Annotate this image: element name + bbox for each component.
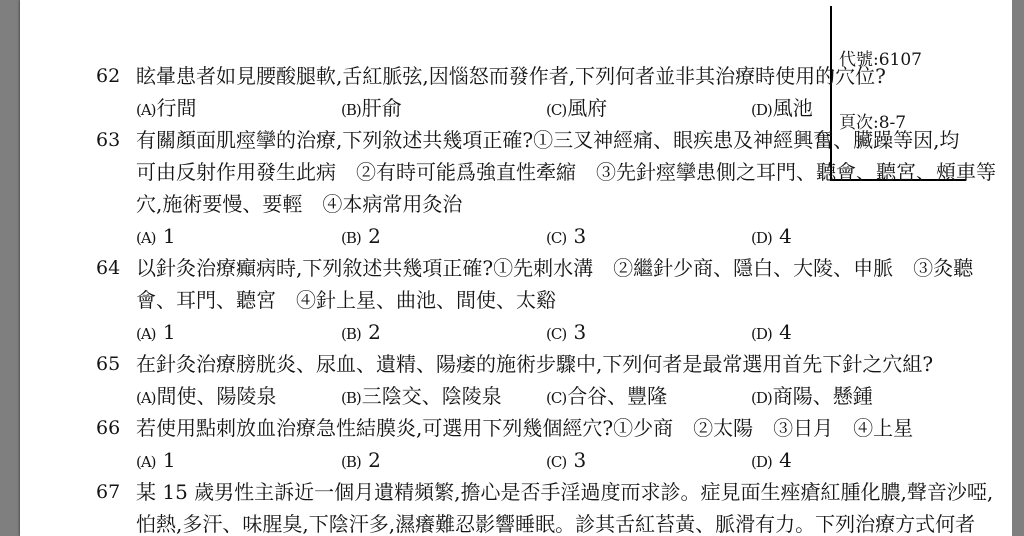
- question-list: 62 眩暈患者如見腰酸腿軟,舌紅脈弦,因惱怒而發作者,下列何者並非其治療時使用的…: [20, 60, 1012, 536]
- option-d: (D) 4: [751, 444, 792, 476]
- option-a: (A)行間: [136, 92, 341, 124]
- option-text: 風府: [567, 96, 607, 120]
- option-a: (A) 1: [136, 220, 341, 252]
- viewer-scroll-gutter[interactable]: [1012, 0, 1024, 536]
- question-number: 65: [96, 348, 120, 380]
- option-text: 2: [362, 320, 381, 344]
- question-text-line: 某 15 歲男性主訴近一個月遺精頻繁,擔心是否手淫過度而求診。症見面生痤瘡紅腫化…: [136, 476, 1012, 508]
- option-text: 行間: [157, 96, 197, 120]
- question-text-line: 怕熱,多汗、味腥臭,下陰汗多,濕癢難忍影響睡眠。診其舌紅苔黃、脈滑有力。下列治療…: [136, 508, 1012, 536]
- option-b: (B)三陰交、陰陵泉: [341, 380, 546, 412]
- question-number: 67: [96, 476, 120, 508]
- question-66: 66 若使用點刺放血治療急性結膜炎,可選用下列幾個經穴?①少商 ②太陽 ③日月 …: [20, 412, 1012, 476]
- option-a: (A) 1: [136, 316, 341, 348]
- question-number: 64: [96, 252, 120, 284]
- exam-document-page: 代號:6107 頁次:8-7 62 眩暈患者如見腰酸腿軟,舌紅脈弦,因惱怒而發作…: [20, 0, 1012, 536]
- question-64: 64 以針灸治療癲病時,下列敘述共幾項正確?①先刺水溝 ②繼針少商、隱白、大陵、…: [20, 252, 1012, 348]
- option-label: (B): [341, 453, 361, 471]
- option-label: (D): [751, 453, 772, 471]
- option-label: (C): [546, 453, 566, 471]
- question-text-line: 可由反射作用發生此病 ②有時可能爲強直性牽縮 ③先針痙攣患側之耳門、聽會、聽宮、…: [136, 156, 1012, 188]
- option-label: (A): [136, 325, 156, 343]
- option-a: (A) 1: [136, 444, 341, 476]
- options-row: (A) 1 (B) 2 (C) 3 (D) 4: [136, 316, 1012, 348]
- option-text: 商陽、懸鍾: [773, 384, 873, 408]
- question-number: 63: [96, 124, 120, 156]
- option-label: (A): [136, 453, 156, 471]
- option-label: (D): [751, 101, 772, 119]
- option-text: 1: [157, 320, 176, 344]
- question-text-line: 有關顏面肌痙攣的治療,下列敘述共幾項正確?①三叉神經痛、眼疾患及神經興奮、臟躁等…: [136, 124, 1012, 156]
- option-d: (D) 4: [751, 220, 792, 252]
- question-65: 65 在針灸治療膀胱炎、尿血、遺精、陽痿的施術步驟中,下列何者是最常選用首先下針…: [20, 348, 1012, 412]
- options-row: (A)行間 (B)肝俞 (C)風府 (D)風池: [136, 92, 1012, 124]
- option-b: (B)肝俞: [341, 92, 546, 124]
- question-number: 62: [96, 60, 120, 92]
- question-text-line: 會、耳門、聽宮 ④針上星、曲池、間使、太谿: [136, 284, 1012, 316]
- option-label: (D): [751, 325, 772, 343]
- option-label: (A): [136, 101, 156, 119]
- option-text: 間使、陽陵泉: [157, 384, 277, 408]
- option-text: 風池: [773, 96, 813, 120]
- question-text-line: 在針灸治療膀胱炎、尿血、遺精、陽痿的施術步驟中,下列何者是最常選用首先下針之穴組…: [136, 348, 1012, 380]
- option-label: (C): [546, 389, 566, 407]
- option-label: (B): [341, 101, 361, 119]
- option-text: 合谷、豐隆: [567, 384, 667, 408]
- option-b: (B) 2: [341, 316, 546, 348]
- option-label: (B): [341, 229, 361, 247]
- option-label: (C): [546, 101, 566, 119]
- option-b: (B) 2: [341, 220, 546, 252]
- question-number: 66: [96, 412, 120, 444]
- question-67: 67 某 15 歲男性主訴近一個月遺精頻繁,擔心是否手淫過度而求診。症見面生痤瘡…: [20, 476, 1012, 536]
- option-d: (D) 4: [751, 316, 792, 348]
- option-text: 4: [773, 448, 792, 472]
- option-c: (C) 3: [546, 220, 751, 252]
- option-d: (D)風池: [751, 92, 813, 124]
- options-row: (A) 1 (B) 2 (C) 3 (D) 4: [136, 444, 1012, 476]
- option-b: (B) 2: [341, 444, 546, 476]
- option-c: (C)風府: [546, 92, 751, 124]
- option-label: (B): [341, 389, 361, 407]
- option-c: (C) 3: [546, 444, 751, 476]
- question-62: 62 眩暈患者如見腰酸腿軟,舌紅脈弦,因惱怒而發作者,下列何者並非其治療時使用的…: [20, 60, 1012, 124]
- question-text-line: 若使用點刺放血治療急性結膜炎,可選用下列幾個經穴?①少商 ②太陽 ③日月 ④上星: [136, 412, 1012, 444]
- option-text: 2: [362, 448, 381, 472]
- option-label: (A): [136, 229, 156, 247]
- option-text: 肝俞: [362, 96, 402, 120]
- option-text: 3: [567, 448, 586, 472]
- option-text: 4: [773, 320, 792, 344]
- option-text: 1: [157, 224, 176, 248]
- option-c: (C)合谷、豐隆: [546, 380, 751, 412]
- option-text: 1: [157, 448, 176, 472]
- question-text-line: 以針灸治療癲病時,下列敘述共幾項正確?①先刺水溝 ②繼針少商、隱白、大陵、申脈 …: [136, 252, 1012, 284]
- options-row: (A)間使、陽陵泉 (B)三陰交、陰陵泉 (C)合谷、豐隆 (D)商陽、懸鍾: [136, 380, 1012, 412]
- question-text-line: 穴,施術要慢、要輕 ④本病常用灸治: [136, 188, 1012, 220]
- option-text: 4: [773, 224, 792, 248]
- option-text: 2: [362, 224, 381, 248]
- option-label: (D): [751, 229, 772, 247]
- options-row: (A) 1 (B) 2 (C) 3 (D) 4: [136, 220, 1012, 252]
- option-label: (B): [341, 325, 361, 343]
- question-63: 63 有關顏面肌痙攣的治療,下列敘述共幾項正確?①三叉神經痛、眼疾患及神經興奮、…: [20, 124, 1012, 252]
- option-a: (A)間使、陽陵泉: [136, 380, 341, 412]
- option-c: (C) 3: [546, 316, 751, 348]
- option-label: (A): [136, 389, 156, 407]
- option-text: 三陰交、陰陵泉: [362, 384, 502, 408]
- option-label: (D): [751, 389, 772, 407]
- option-d: (D)商陽、懸鍾: [751, 380, 873, 412]
- option-text: 3: [567, 320, 586, 344]
- option-text: 3: [567, 224, 586, 248]
- option-label: (C): [546, 325, 566, 343]
- option-label: (C): [546, 229, 566, 247]
- question-text-line: 眩暈患者如見腰酸腿軟,舌紅脈弦,因惱怒而發作者,下列何者並非其治療時使用的穴位?: [136, 60, 1012, 92]
